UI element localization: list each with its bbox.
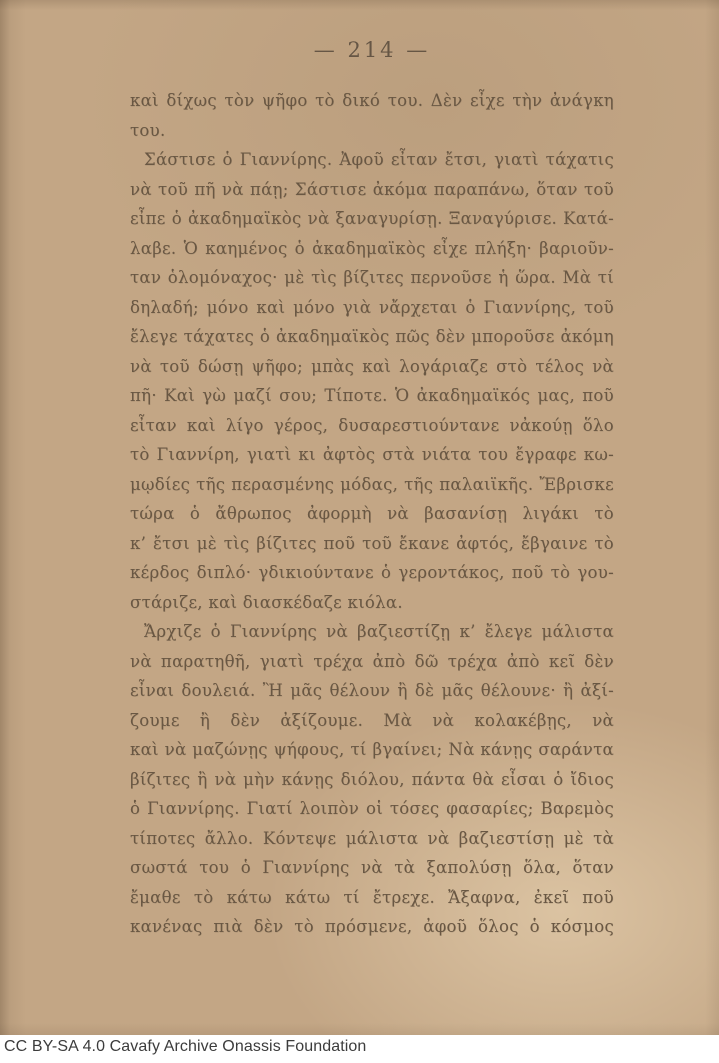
text-line: Ἄρχιζε ὁ Γιαννίρης νὰ βαζιεστίζῃ κ’ ἔλεγ… bbox=[130, 617, 614, 647]
text-line: κ’ ἔτσι μὲ τὶς βίζιτες ποῦ τοῦ ἔκανε ἀφτ… bbox=[130, 529, 614, 559]
text-line: Σάστισε ὁ Γιαννίρης. Ἀφοῦ εἶταν ἔτσι, γι… bbox=[130, 145, 614, 175]
text-line: πῆ· Καὶ γὼ μαζί σου; Τίποτε. Ὁ ἀκαδημαϊκ… bbox=[130, 381, 614, 411]
text-line: τὸ Γιαννίρη, γιατὶ κι ἀφτὸς στὰ νιάτα το… bbox=[130, 440, 614, 470]
text-line: λαβε. Ὁ καημένος ὁ ἀκαδημαϊκὸς εἶχε πλήξ… bbox=[130, 234, 614, 264]
text-line: ταν ὁλομόναχος· μὲ τὶς βίζιτες περνοῦσε … bbox=[130, 263, 614, 293]
text-line: εἶπε ὁ ἀκαδημαϊκὸς νὰ ξαναγυρίσῃ. Ξαναγύ… bbox=[130, 204, 614, 234]
page-number: — 214 — bbox=[130, 38, 614, 62]
text-line: μῳδίες τῆς περασμένης μόδας, τῆς παλαιϊκ… bbox=[130, 470, 614, 500]
text-line: του. bbox=[130, 116, 614, 146]
scanned-book-page: — 214 — καὶ δίχως τὸν ψῆφο τὸ δικό του. … bbox=[0, 0, 719, 1035]
text-line: δηλαδή; μόνο καὶ μόνο γιὰ νἄρχεται ὁ Για… bbox=[130, 293, 614, 323]
text-line: νὰ παρατηθῆ, γιατὶ τρέχα ἀπὸ δῶ τρέχα ἀπ… bbox=[130, 647, 614, 677]
text-line: στάριζε, καὶ διασκέδαζε κιόλα. bbox=[130, 588, 614, 618]
text-block: καὶ δίχως τὸν ψῆφο τὸ δικό του. Δὲν εἶχε… bbox=[130, 86, 614, 942]
text-line: τώρα ὁ ἄθρωπος ἀφορμὴ νὰ βασανίσῃ λιγάκι… bbox=[130, 499, 614, 529]
text-line: καὶ δίχως τὸν ψῆφο τὸ δικό του. Δὲν εἶχε… bbox=[130, 86, 614, 116]
license-text: CC BY-SA 4.0 Cavafy Archive Onassis Foun… bbox=[4, 1038, 366, 1056]
text-line: νὰ τοῦ δώσῃ ψῆφο; μπὰς καὶ λογάριαζε στὸ… bbox=[130, 352, 614, 382]
screenshot-root: — 214 — καὶ δίχως τὸν ψῆφο τὸ δικό του. … bbox=[0, 0, 719, 1063]
license-bar: CC BY-SA 4.0 Cavafy Archive Onassis Foun… bbox=[0, 1035, 719, 1063]
text-line: ὁ Γιαννίρης. Γιατί λοιπὸν οἱ τόσες φασαρ… bbox=[130, 794, 614, 824]
text-line: βίζιτες ἢ νὰ μὴν κάνῃς διόλου, πάντα θὰ … bbox=[130, 765, 614, 795]
text-line: σωστά του ὁ Γιαννίρης νὰ τὰ ξαπολύσῃ ὅλα… bbox=[130, 853, 614, 883]
text-line: καὶ νὰ μαζώνῃς ψήφους, τί βγαίνει; Νὰ κά… bbox=[130, 735, 614, 765]
text-line: εἶναι δουλειά. Ἢ μᾶς θέλουν ἢ δὲ μᾶς θέλ… bbox=[130, 676, 614, 706]
text-line: εἶταν καὶ λίγο γέρος, δυσαρεστιούντανε ν… bbox=[130, 411, 614, 441]
text-line: ζουμε ἢ δὲν ἀξίζουμε. Μὰ νὰ κολακέβῃς, ν… bbox=[130, 706, 614, 736]
text-line: τίποτες ἄλλο. Κόντεψε μάλιστα νὰ βαζιεστ… bbox=[130, 824, 614, 854]
text-line: ἔλεγε τάχατες ὁ ἀκαδημαϊκὸς πῶς δὲν μπορ… bbox=[130, 322, 614, 352]
text-line: κανένας πιὰ δὲν τὸ πρόσμενε, ἀφοῦ ὅλος ὁ… bbox=[130, 912, 614, 942]
text-line: νὰ τοῦ πῆ νὰ πάῃ; Σάστισε ἀκόμα παραπάνω… bbox=[130, 175, 614, 205]
text-line: ἔμαθε τὸ κάτω κάτω τί ἔτρεχε. Ἄξαφνα, ἐκ… bbox=[130, 883, 614, 913]
text-line: κέρδος διπλό· γδικιούντανε ὁ γεροντάκος,… bbox=[130, 558, 614, 588]
